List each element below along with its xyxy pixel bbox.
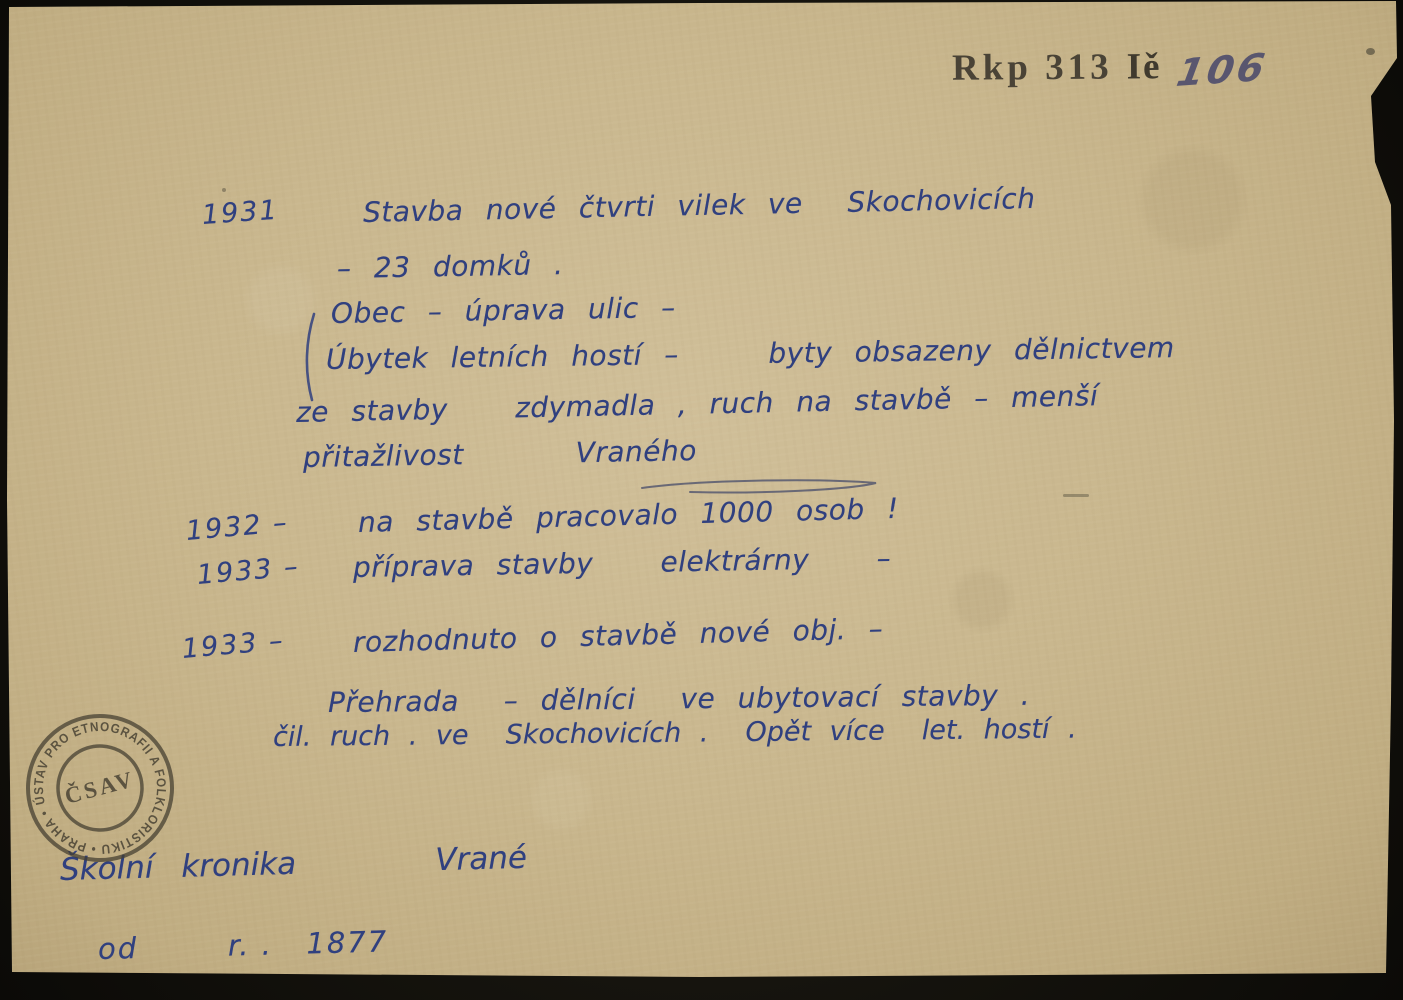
handwritten-line: Úbytek letních hostí – byty obsazeny děl… [326,331,1175,376]
archive-stamp-text: Rkp 313 [952,47,1113,89]
handwritten-line: přitažlivost Vraného [303,434,697,474]
footer-year-line: od r. . 1877 [98,924,389,966]
paper-sheet: Rkp 313Iě 106 1931 Stavba nové čtvrti vi… [0,0,1403,1000]
pen-stroke-vertical [300,312,322,404]
year-label: 1931 [201,195,280,231]
handwritten-line: – 23 domků . [337,248,564,285]
paper-smudge [1063,494,1089,497]
year-label: 1933 – [196,551,301,591]
handwritten-line: čil. ruch . ve Skochovicích . Opět více … [273,714,1077,753]
year-label: 1932 – [185,507,290,547]
pen-flourish-underline [638,474,888,500]
handwritten-line: Obec – úprava ulic – [331,291,676,330]
year-label: 1933 – [181,625,286,665]
handwritten-line: příprava stavby elektrárny – [353,542,892,584]
handwritten-line: ze stavby zdymadla , ruch na stavbě – me… [296,379,1099,429]
handwritten-line: rozhodnuto o stavbě nové obj. – [353,612,884,659]
archive-stamp-suffix: Iě [1126,46,1161,87]
page-number: 106 [1173,45,1271,95]
handwritten-line: Přehrada – dělníci ve ubytovací stavby . [328,679,1030,719]
scanned-manuscript-page: Rkp 313Iě 106 1931 Stavba nové čtvrti vi… [0,0,1403,1000]
archive-stamp: Rkp 313Iě [952,45,1162,89]
paper-speck [1366,48,1375,55]
paper-speck [222,188,226,192]
handwritten-line: Stavba nové čtvrti vilek ve Skochovicích [363,182,1036,229]
